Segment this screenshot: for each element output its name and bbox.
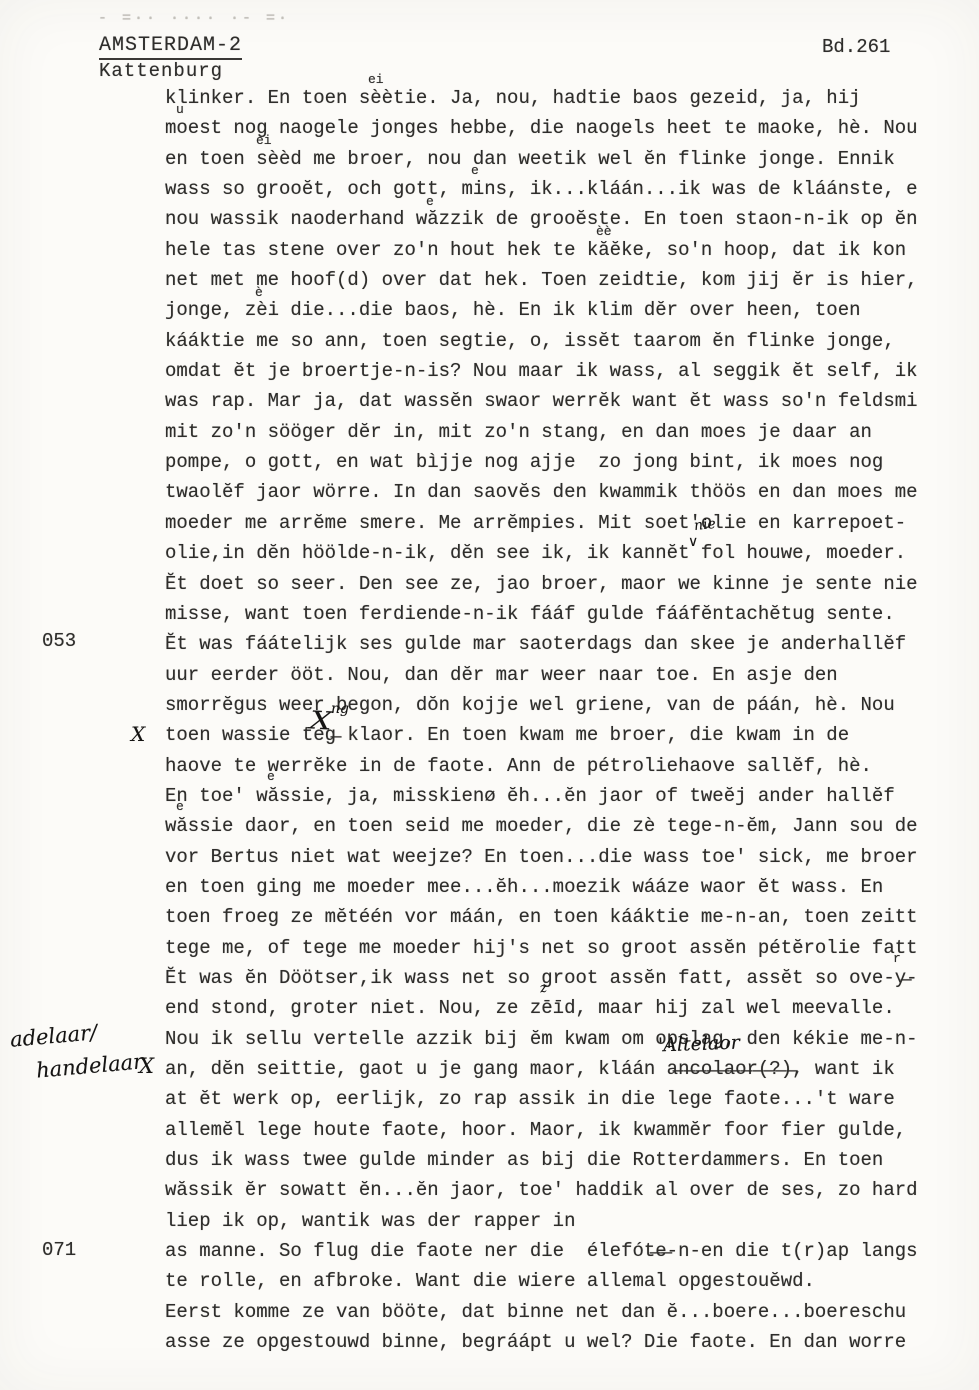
handwritten-correction-altelaor: 'Altelaor <box>658 1032 741 1057</box>
margin-number-053: 053 <box>42 630 76 652</box>
page-subtitle: Kattenburg <box>99 60 223 82</box>
text-line: as manne. So flug die faote ner die élef… <box>165 1236 977 1266</box>
text-line: En toe' wăssie, ja, misskienø ĕh...ĕn ja… <box>165 781 977 811</box>
superscript-correction: ei <box>256 133 272 148</box>
text-line: jonge, zèi die...die baos, hè. En ik kli… <box>165 295 977 325</box>
handwritten-correction: ng <box>331 701 349 717</box>
superscript-correction: ei <box>368 72 384 87</box>
text-line: kááktie me so ann, toen segtie, o, issĕt… <box>165 326 977 356</box>
text-line: omdat ĕt je broertje-n-is? Nou maar ik w… <box>165 356 977 386</box>
text-line: moeder me arrĕme smere. Me arrĕmpies. Mi… <box>165 508 977 538</box>
text-line: asse ze opgestouwd binne, begráápt u wel… <box>165 1327 977 1357</box>
text-line: uur eerder ööt. Nou, dan dĕr mar weer na… <box>165 660 977 690</box>
text-line: toen froeg ze mĕtéén vor máán, en toen k… <box>165 902 977 932</box>
superscript-correction: r <box>893 951 901 966</box>
text-line: wăssik ĕr sowatt ĕn...ĕn jaor, toe' hadd… <box>165 1175 977 1205</box>
margin-number-071: 071 <box>42 1239 76 1261</box>
text-line: allemĕl lege houte faote, hoor. Maor, ik… <box>165 1115 977 1145</box>
handwritten-insertion: nie <box>693 516 716 534</box>
body-text: klinker. En toen sèètie. Ja, nou, hadtie… <box>165 83 977 1357</box>
text-line: Ĕt was fáátelijk ses gulde mar saoterdag… <box>165 629 977 659</box>
text-line: pompe, o gott, en wat bìjje nog ajje zo … <box>165 447 977 477</box>
superscript-correction: e <box>267 769 275 784</box>
crossout-x-mark: X <box>309 705 334 735</box>
text-line: en toen ging me moeder mee...ĕh...moezik… <box>165 872 977 902</box>
text-line: smorrĕgus weer begon, dŏn kojje wel grie… <box>165 690 977 720</box>
handwritten-margin-note: handelaar <box>35 1049 144 1082</box>
superscript-correction: e <box>176 799 184 814</box>
text-line: nou wassik naoderhand wăzzik de grooĕste… <box>165 204 977 234</box>
margin-x-mark: X <box>131 722 145 746</box>
text-line: vor Bertus niet wat weejze? En toen...di… <box>165 842 977 872</box>
faded-header-marks: - =·· ···· ·- =· <box>98 10 290 27</box>
text-line: mit zo'n sööger dĕr in, mit zo'n stang, … <box>165 417 977 447</box>
text-line: Eerst komme ze van bööte, dat binne net … <box>165 1297 977 1327</box>
text-line: te rolle, en afbroke. Want die wiere all… <box>165 1266 977 1296</box>
page-title: AMSTERDAM-2 <box>99 34 242 60</box>
text-line: klinker. En toen sèètie. Ja, nou, hadtie… <box>165 83 977 113</box>
volume-number: Bd.261 <box>822 36 890 58</box>
text-line: twaolĕf jaor wörre. In dan saovĕs den kw… <box>165 477 977 507</box>
text-line: olie,in dĕn höölde-n-ik, dĕn see ik, ik … <box>165 538 977 568</box>
text-line: at ĕt werk op, eerlijk, zo rap assik in … <box>165 1084 977 1114</box>
superscript-correction: e <box>426 194 434 209</box>
text-line: liep ik op, wantik was der rapper in <box>165 1206 977 1236</box>
handwritten-margin-note: adelaar/ <box>9 1020 98 1052</box>
text-line: end stond, groter niet. Nou, ze zēīd, ma… <box>165 993 977 1023</box>
text-line: Ĕt was ĕn Döötser,ik wass net so groot a… <box>165 963 977 993</box>
text-line: dus ik wass twee gulde minder as bij die… <box>165 1145 977 1175</box>
text-line: Nou ik sellu vertelle azzik bij ĕm kwam … <box>165 1024 977 1054</box>
text-line: hele tas stene over zo'n hout hek te kăĕ… <box>165 235 977 265</box>
text-line: misse, want toen ferdiende-n-ik fááf gul… <box>165 599 977 629</box>
text-line: wăssie daor, en toen seid me moeder, die… <box>165 811 977 841</box>
scanned-page: - =·· ···· ·- =· AMSTERDAM-2 Kattenburg … <box>0 0 979 1390</box>
superscript-correction: u <box>176 102 184 117</box>
text-line: en toen sèèd me broer, nou dan weetik we… <box>165 144 977 174</box>
text-line: Ĕt doet so seer. Den see ze, jao broer, … <box>165 569 977 599</box>
text-line: an, dĕn seittie, gaot u je gang maor, kl… <box>165 1054 977 1084</box>
text-line: net met me hoof(d) over dat hek. Toen ze… <box>165 265 977 295</box>
superscript-correction: èè <box>596 224 612 239</box>
text-line: toen wassie teg̶ klaor. En toen kwam me … <box>165 720 977 750</box>
text-line: haove te werrĕke in de faote. Ann de pét… <box>165 751 977 781</box>
text-line: was rap. Mar ja, dat wassĕn swaor werrĕk… <box>165 386 977 416</box>
margin-x-mark: X <box>139 1054 154 1078</box>
text-line: wass so grooĕt, och gott, mins, ik...klá… <box>165 174 977 204</box>
insertion-caret-mark: ∨ <box>688 534 698 550</box>
text-line: tege me, of tege me moeder hij's net so … <box>165 933 977 963</box>
superscript-correction: e <box>471 163 479 178</box>
text-line: moest nog naogele jonges hebbe, die naog… <box>165 113 977 143</box>
superscript-correction: è <box>255 285 263 300</box>
